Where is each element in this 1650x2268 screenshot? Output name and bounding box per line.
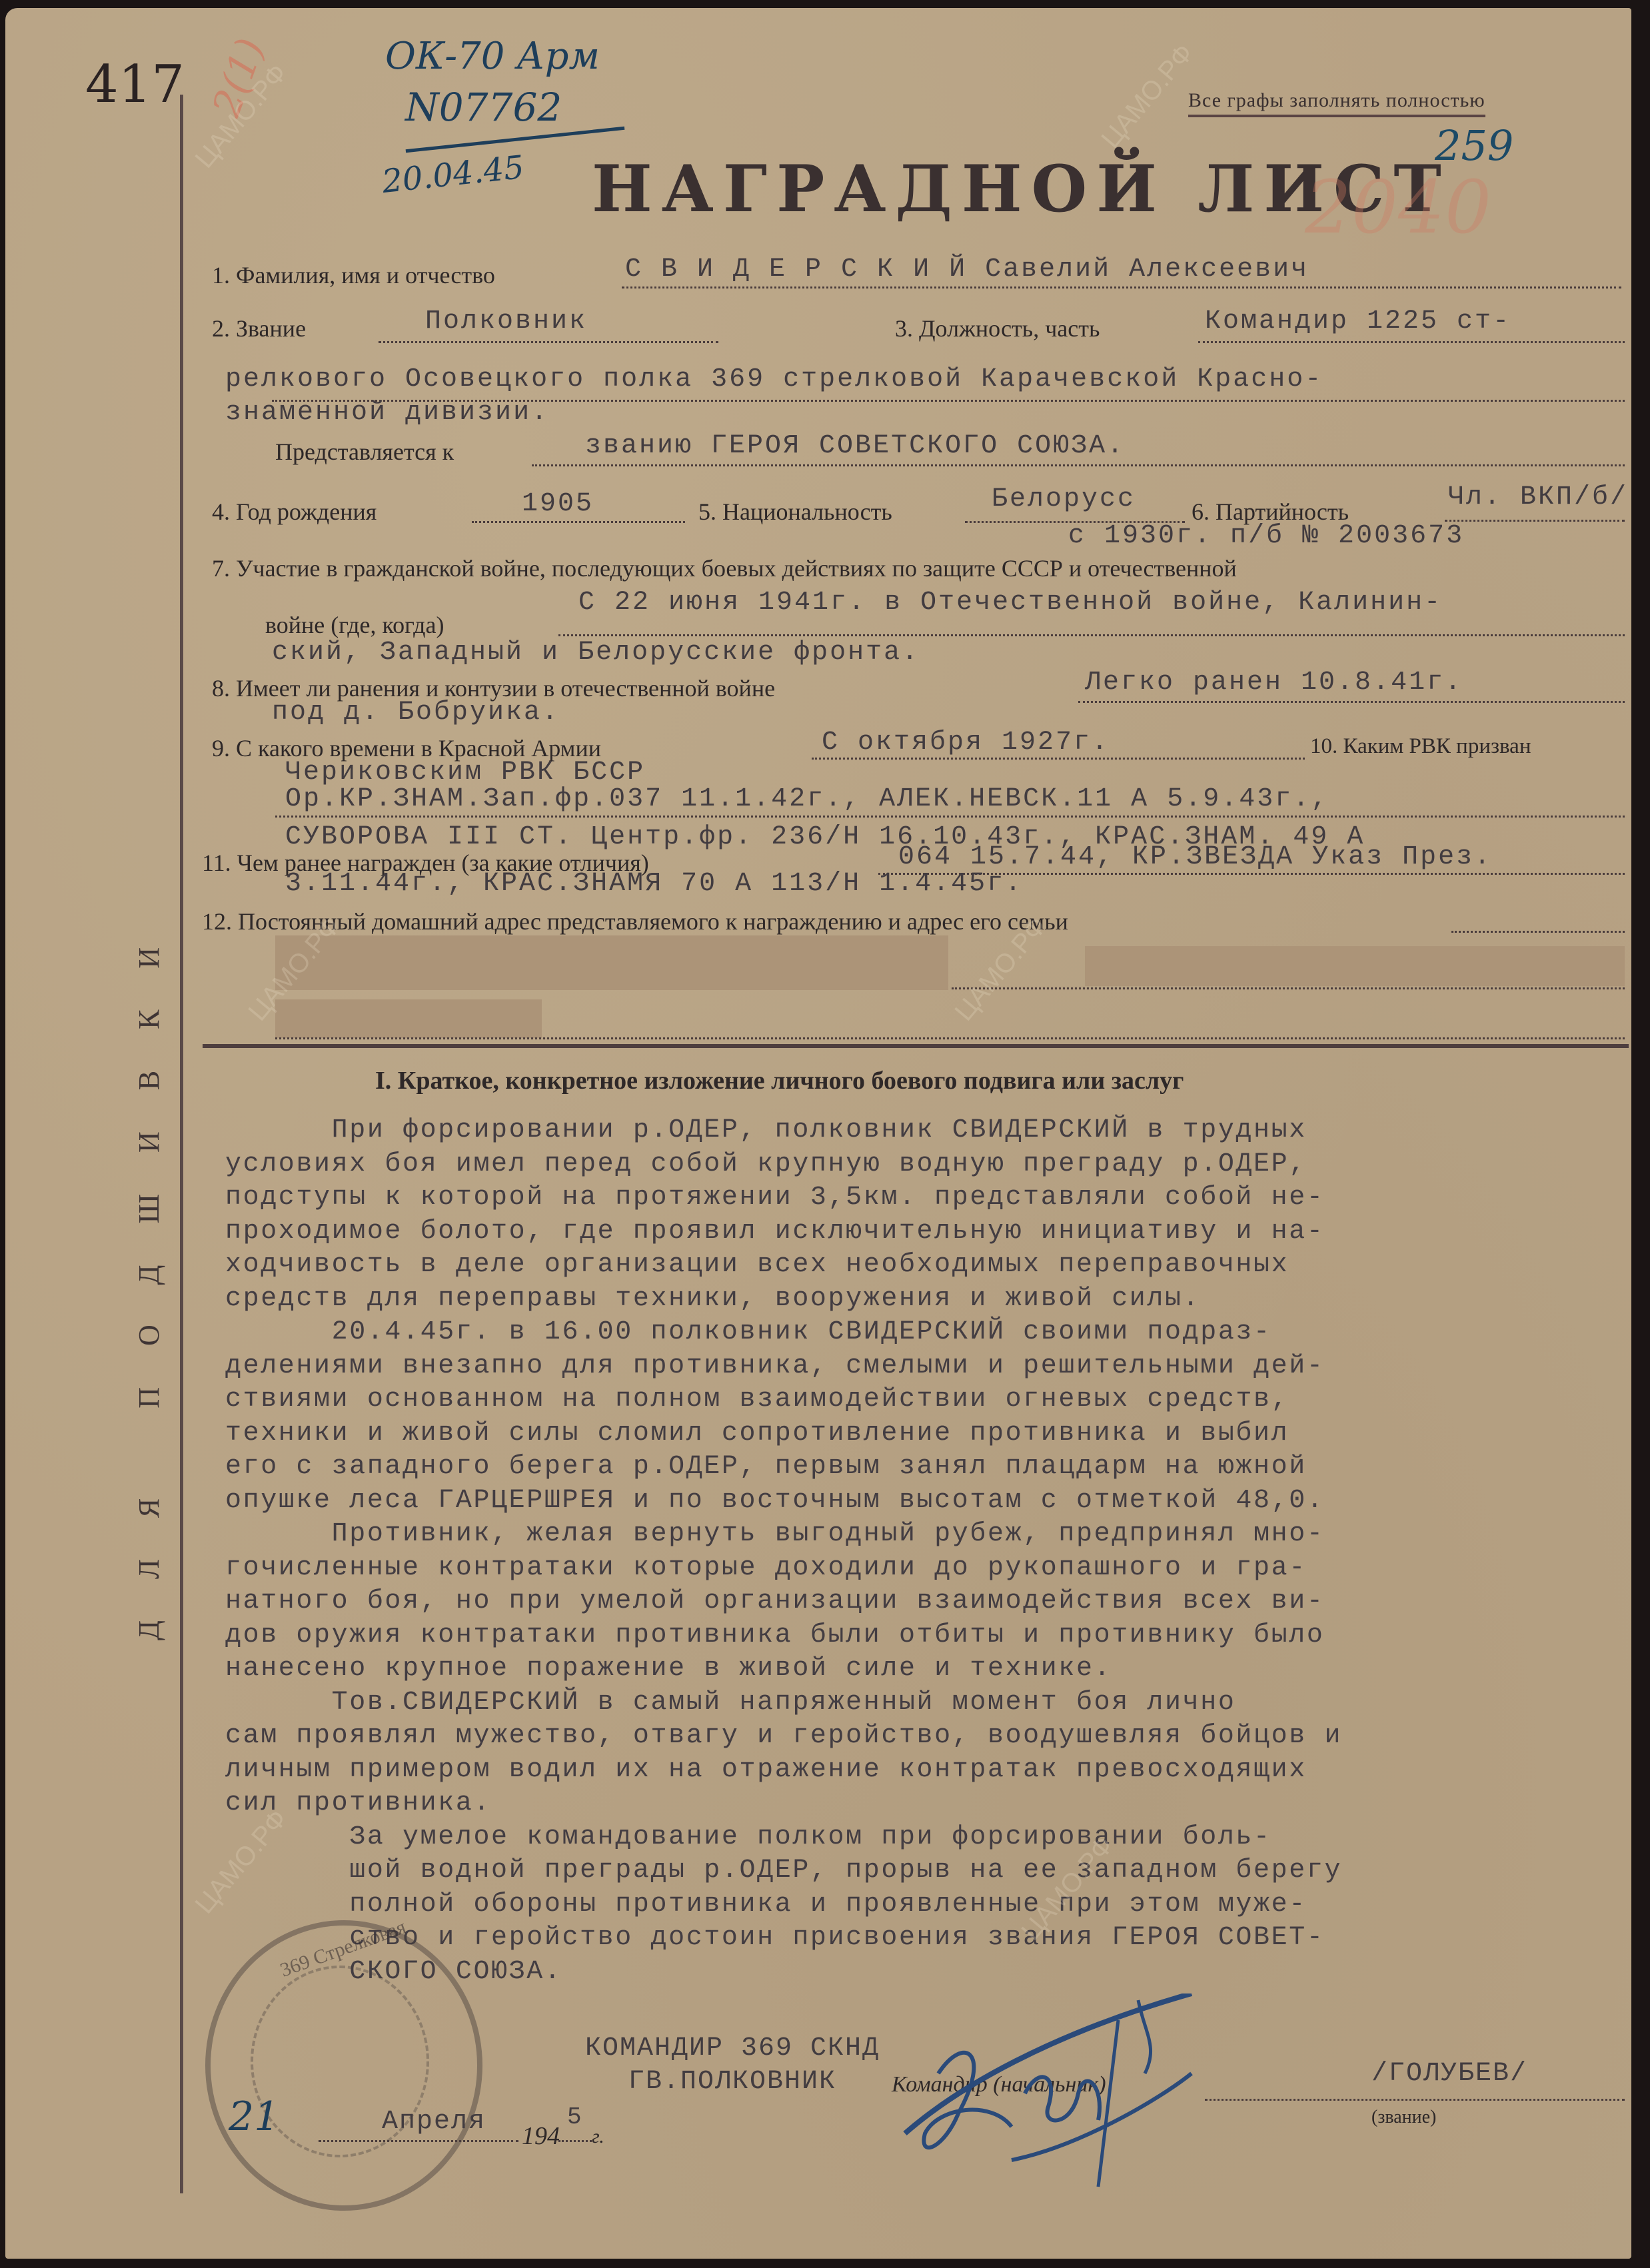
date-month: Апреля — [382, 2107, 486, 2137]
dotted-line — [812, 758, 1305, 760]
field-war-participation-value-line2: ский, Западный и Белорусские фронта. — [272, 638, 920, 668]
merit-line: сил противника. — [225, 1787, 1625, 1821]
dotted-line — [275, 1037, 1625, 1039]
dotted-line — [558, 2140, 592, 2142]
signer-position: КОМАНДИР 369 СКНД — [585, 2033, 880, 2063]
field-prior-awards-value-line3: 064 15.7.44, КР.ЗВЕЗДА Указ През. — [898, 842, 1492, 872]
date-day: 21 — [229, 2093, 279, 2140]
dotted-line — [1445, 520, 1625, 522]
redacted-address-block — [1085, 946, 1625, 986]
merit-line: За умелое командование полком при форсир… — [225, 1821, 1625, 1855]
nominated-for-label: Представляется к — [275, 438, 454, 466]
merit-line: Противник, желая вернуть выгодный рубеж,… — [225, 1518, 1625, 1552]
nominated-for-value: званию ГЕРОЯ СОВЕТСКОГО СОЮЗА. — [585, 431, 1125, 461]
section-divider — [203, 1044, 1629, 1048]
merit-line: ство и геройство достоин присвоения зван… — [225, 1922, 1625, 1956]
merit-line: подступы к которой на протяжении 3,5км. … — [225, 1181, 1625, 1215]
dotted-line — [319, 2140, 518, 2142]
field-full-name-value: С В И Д Е Р С К И Й Савелий Алексеевич — [625, 255, 1309, 284]
signer-name: /ГОЛУБЕВ/ — [1371, 2059, 1527, 2089]
field-position-label: 3. Должность, часть — [895, 314, 1100, 342]
award-sheet: ДЛЯ ПОДШИВКИ 417 2(1) ОК-70 Арм N07762 2… — [5, 8, 1631, 2259]
date-year-unit: г. — [592, 2125, 604, 2148]
field-nationality-value: Белорусс — [992, 484, 1136, 514]
field-war-participation-label-line2: войне (где, когда) — [265, 611, 444, 639]
dotted-line — [558, 634, 1625, 636]
section-heading: I. Краткое, конкретное изложение личного… — [375, 1066, 1184, 1095]
dotted-line — [1078, 701, 1625, 703]
field-prior-awards-value-line1: Ор.КР.ЗНАМ.Зап.фр.037 11.1.42г., АЛЕК.НЕ… — [285, 784, 1329, 814]
field-rank-value: Полковник — [425, 306, 587, 336]
merit-line: техники и живой силы сломил сопротивлени… — [225, 1417, 1625, 1451]
dotted-line — [379, 341, 718, 343]
merit-line: дов оружия контратаки противника были от… — [225, 1619, 1625, 1653]
field-full-name-label: 1. Фамилия, имя и отчество — [212, 261, 495, 289]
binding-label: ДЛЯ ПОДШИВКИ — [132, 906, 166, 1640]
merit-line: проходимое болото, где проявил исключите… — [225, 1215, 1625, 1249]
handwritten-signature — [878, 1993, 1291, 2193]
field-party-value-line2: с 1930г. п/б № 2003673 — [1068, 521, 1464, 551]
merit-line: При форсировании р.ОДЕР, полковник СВИДЕ… — [225, 1114, 1625, 1148]
merit-line: полной обороны противника и проявленные … — [225, 1888, 1625, 1922]
handwritten-date: 20.04.45 — [381, 149, 526, 201]
merit-line: нанесено крупное поражение в живой силе … — [225, 1652, 1625, 1686]
merit-line: гочисленные контратаки которые доходили … — [225, 1552, 1625, 1586]
merit-line: 20.4.45г. в 16.00 полковник СВИДЕРСКИЙ с… — [225, 1316, 1625, 1350]
merit-line: натного боя, но при умелой организации в… — [225, 1585, 1625, 1619]
field-army-since-value: С октября 1927г. — [822, 728, 1110, 758]
merit-line: ствиями основанном на полном взаимодейст… — [225, 1383, 1625, 1417]
field-prior-awards-value-line4: 3.11.44г., КРАС.ЗНАМЯ 70 А 113/Н 1.4.45г… — [285, 869, 1023, 899]
dotted-line — [472, 521, 685, 523]
field-war-participation-value-line1: С 22 июня 1941г. в Отечественной войне, … — [578, 588, 1442, 618]
redacted-address-block — [275, 935, 948, 990]
sheet-number: 417 — [85, 55, 185, 115]
dotted-line — [275, 816, 1625, 818]
merit-line: опушке леса ГАРЦЕРШРЕЯ и по восточным вы… — [225, 1484, 1625, 1518]
binding-margin-line — [180, 95, 183, 2193]
field-birth-year-label: 4. Год рождения — [212, 498, 377, 526]
field-position-value-line3: знаменной дивизии. — [225, 398, 549, 428]
field-nationality-label: 5. Национальность — [698, 498, 892, 526]
date-year-prefix: 194 — [522, 2121, 560, 2151]
merit-line: средств для переправы техники, вооружени… — [225, 1283, 1625, 1317]
field-wounds-value-line1: Легко ранен 10.8.41г. — [1085, 668, 1463, 698]
merit-line: его с западного берега р.ОДЕР, первым за… — [225, 1450, 1625, 1484]
field-rank-label: 2. Звание — [212, 314, 306, 342]
dotted-line — [952, 987, 1625, 989]
merit-line: сам проявлял мужество, отвагу и геройств… — [225, 1720, 1625, 1754]
red-pencil-number: 2040 — [1305, 165, 1491, 250]
redacted-address-block — [275, 999, 542, 1038]
field-party-value-line1: Чл. ВКП/б/ — [1448, 482, 1628, 512]
watermark: ЦАМО.РФ — [1096, 39, 1200, 154]
field-draft-office-value: Чериковским РВК БССР — [285, 758, 645, 788]
dotted-line — [532, 464, 1625, 466]
official-seal: 369 Стрелковая — [205, 1920, 482, 2211]
merit-line: Тов.СВИДЕРСКИЙ в самый напряженный момен… — [225, 1686, 1625, 1720]
field-war-participation-label: 7. Участие в гражданской войне, последую… — [212, 554, 1237, 582]
merit-description: При форсировании р.ОДЕР, полковник СВИДЕ… — [225, 1114, 1625, 1989]
rank-caption: (звание) — [1371, 2107, 1436, 2128]
handwritten-reference-line1: ОК-70 Арм — [385, 35, 600, 78]
dotted-line — [622, 286, 1621, 288]
handwritten-reference-number: N07762 — [405, 85, 562, 130]
merit-line: шой водной преграды р.ОДЕР, прорыв на ее… — [225, 1854, 1625, 1888]
dotted-line — [1451, 931, 1625, 933]
date-year-suffix: 5 — [567, 2103, 583, 2131]
dotted-line — [1198, 341, 1625, 343]
field-draft-office-label: 10. Каким РВК призван — [1310, 734, 1531, 759]
signer-rank: ГВ.ПОЛКОВНИК — [628, 2067, 836, 2097]
field-wounds-value-line2: под д. Бобруика. — [272, 698, 560, 728]
merit-line: ходчивость в деле организации всех необх… — [225, 1249, 1625, 1283]
merit-line: личным примером водил их на отражение ко… — [225, 1754, 1625, 1788]
merit-line: делениями внезапно для противника, смелы… — [225, 1350, 1625, 1384]
blue-registration-number: 259 — [1435, 121, 1513, 170]
field-birth-year-value: 1905 — [522, 489, 594, 519]
field-position-value-line2: релкового Осовецкого полка 369 стрелково… — [225, 364, 1323, 394]
merit-line: условиях боя имел перед собой крупную во… — [225, 1148, 1625, 1182]
fill-all-notice: Все графы заполнять полностью — [1188, 89, 1485, 117]
field-position-value-line1: Командир 1225 ст- — [1205, 306, 1511, 336]
